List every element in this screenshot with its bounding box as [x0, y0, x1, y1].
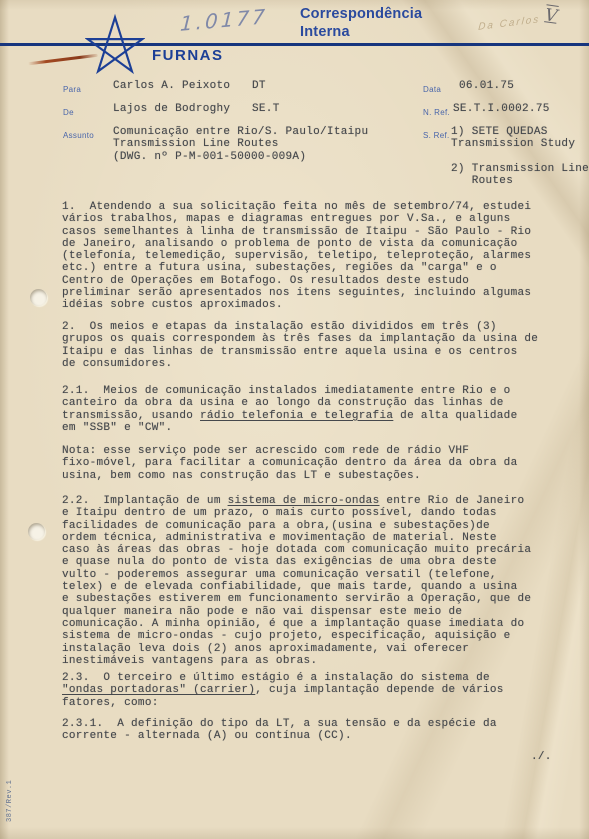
paragraph-2-3-1: 2.3.1. A definição do tipo da LT, a sua …	[62, 718, 497, 743]
de-dept: SE.T	[252, 103, 280, 115]
de-value: Lajos de Bodroghy	[113, 103, 230, 115]
sref-label: S. Ref.	[423, 131, 450, 140]
form-number-vertical: 387/Rev.1	[6, 780, 14, 822]
data-value: 06.01.75	[459, 80, 514, 92]
para-label: Para	[63, 85, 81, 94]
doc-type-line1: Correspondência	[300, 5, 422, 23]
paragraph-2-2: 2.2. Implantação de um sistema de micro-…	[62, 495, 531, 667]
continuation-mark: ./.	[531, 751, 552, 763]
punch-hole-bottom	[28, 523, 45, 540]
sref-value: 1) SETE QUEDAS Transmission Study 2) Tra…	[451, 126, 589, 187]
company-name: FURNAS	[152, 47, 224, 64]
data-label: Data	[423, 85, 441, 94]
paragraph-2-1: 2.1. Meios de comunicação instalados ime…	[62, 385, 518, 434]
paragraph-nota: Nota: esse serviço pode ser acrescido co…	[62, 445, 517, 482]
furnas-star-logo-icon	[85, 12, 145, 78]
paragraph-1: 1. Atendendo a sua solicitação feita no …	[62, 201, 531, 312]
nref-label: N. Ref.	[423, 108, 450, 117]
assunto-label: Assunto	[63, 131, 94, 140]
handwritten-roman-numeral: V	[544, 5, 559, 27]
handwritten-note: Da Carlos	[478, 14, 541, 33]
paragraph-2: 2. Os meios e etapas da instalação estão…	[62, 321, 538, 370]
handwritten-number: 1.0177	[180, 4, 269, 36]
de-label: De	[63, 108, 74, 117]
paragraph-2-3: 2.3. O terceiro e último estágio é a ins…	[62, 672, 504, 709]
para-dept: DT	[252, 80, 266, 92]
doc-type-line2: Interna	[300, 23, 422, 41]
nref-value: SE.T.I.0002.75	[453, 103, 550, 115]
scanned-letter-page: FURNAS Correspondência Interna 1.0177 Da…	[0, 0, 589, 839]
doc-type-title: Correspondência Interna	[300, 5, 422, 41]
assunto-value: Comunicação entre Rio/S. Paulo/Itaipu Tr…	[113, 126, 368, 163]
para-value: Carlos A. Peixoto	[113, 80, 230, 92]
punch-hole-top	[30, 289, 47, 306]
